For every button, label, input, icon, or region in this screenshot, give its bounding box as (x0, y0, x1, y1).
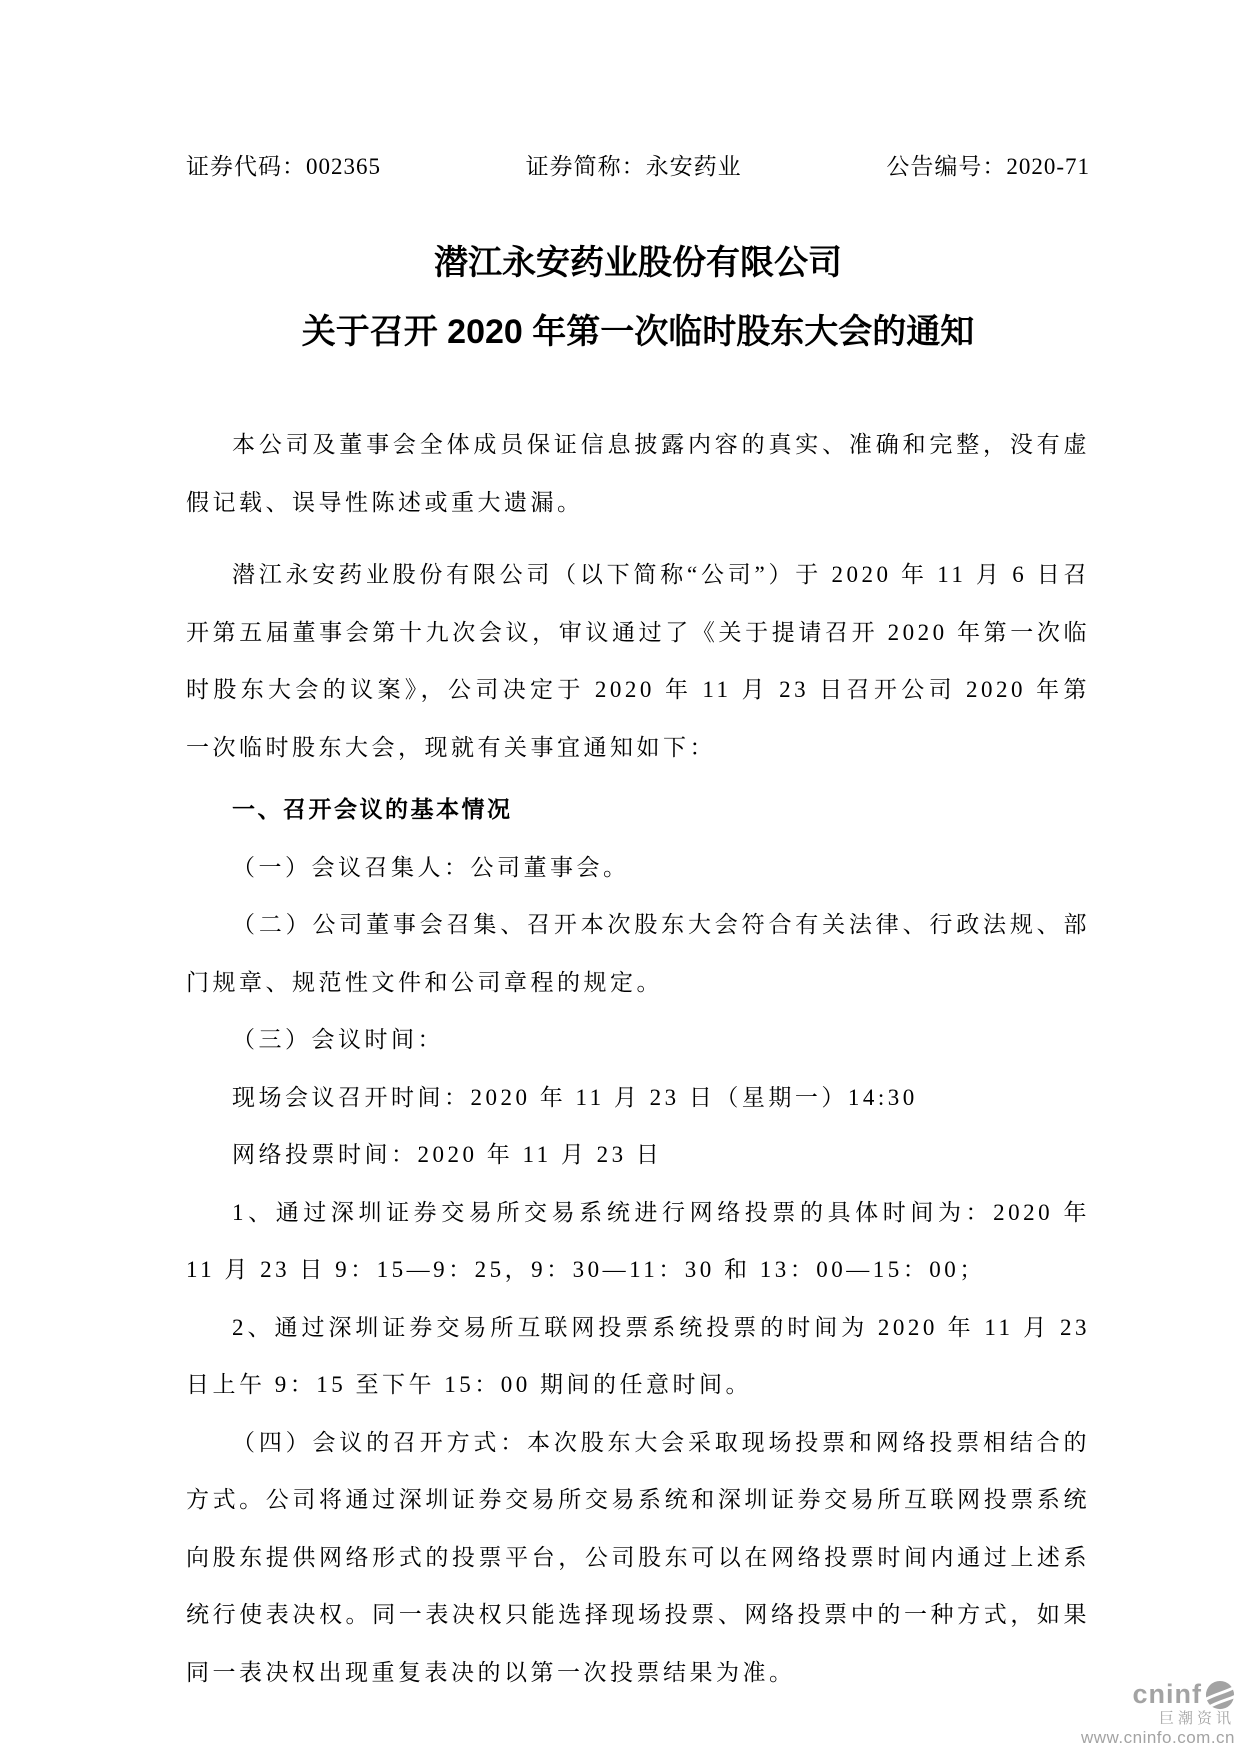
paragraph-onsite-time: 现场会议召开时间：2020 年 11 月 23 日（星期一）14:30 (186, 1069, 1090, 1127)
cninfo-url: www.cninfo.com.cn (1081, 1729, 1235, 1748)
paragraph-convener: （一）会议召集人：公司董事会。 (186, 839, 1090, 897)
announcement-number: 公告编号：2020-71 (886, 148, 1090, 181)
stock-code: 证券代码：002365 (186, 148, 381, 181)
cninfo-wordmark: cninf (1133, 1680, 1203, 1710)
doc-title-company: 潜江永安药业股份有限公司 (186, 243, 1090, 283)
paragraph-meeting-time-label: （三）会议时间： (186, 1011, 1090, 1069)
paragraph-compliance: （二）公司董事会召集、召开本次股东大会符合有关法律、行政法规、部门规章、规范性文… (186, 896, 1090, 1011)
paragraph-trading-system-time: 1、通过深圳证券交易所交易系统进行网络投票的具体时间为：2020 年 11 月 … (186, 1184, 1090, 1299)
paragraph-internet-system-time: 2、通过深圳证券交易所互联网投票系统投票的时间为 2020 年 11 月 23 … (186, 1299, 1090, 1414)
paragraph-intro: 潜江永安药业股份有限公司（以下简称“公司”）于 2020 年 11 月 6 日召… (186, 546, 1090, 776)
paragraph-guarantee: 本公司及董事会全体成员保证信息披露内容的真实、准确和完整，没有虚假记载、误导性陈… (186, 416, 1090, 531)
doc-title-subject: 关于召开 2020 年第一次临时股东大会的通知 (186, 312, 1090, 352)
cninfo-globe-icon (1205, 1680, 1235, 1710)
cninfo-logo: cninf 巨潮资讯 www.cninfo.com.cn (1081, 1680, 1235, 1748)
cninfo-chinese-name: 巨潮资讯 (1081, 1711, 1235, 1728)
section-heading-1: 一、召开会议的基本情况 (186, 781, 1090, 839)
document-page: 证券代码：002365 证券简称：永安药业 公告编号：2020-71 潜江永安药… (0, 0, 1241, 1754)
doc-header: 证券代码：002365 证券简称：永安药业 公告编号：2020-71 (186, 148, 1090, 181)
stock-short-name: 证券简称：永安药业 (526, 148, 742, 181)
paragraph-meeting-method: （四）会议的召开方式：本次股东大会采取现场投票和网络投票相结合的方式。公司将通过… (186, 1414, 1090, 1702)
paragraph-online-vote-time: 网络投票时间：2020 年 11 月 23 日 (186, 1126, 1090, 1184)
doc-body: 本公司及董事会全体成员保证信息披露内容的真实、准确和完整，没有虚假记载、误导性陈… (186, 416, 1090, 1701)
